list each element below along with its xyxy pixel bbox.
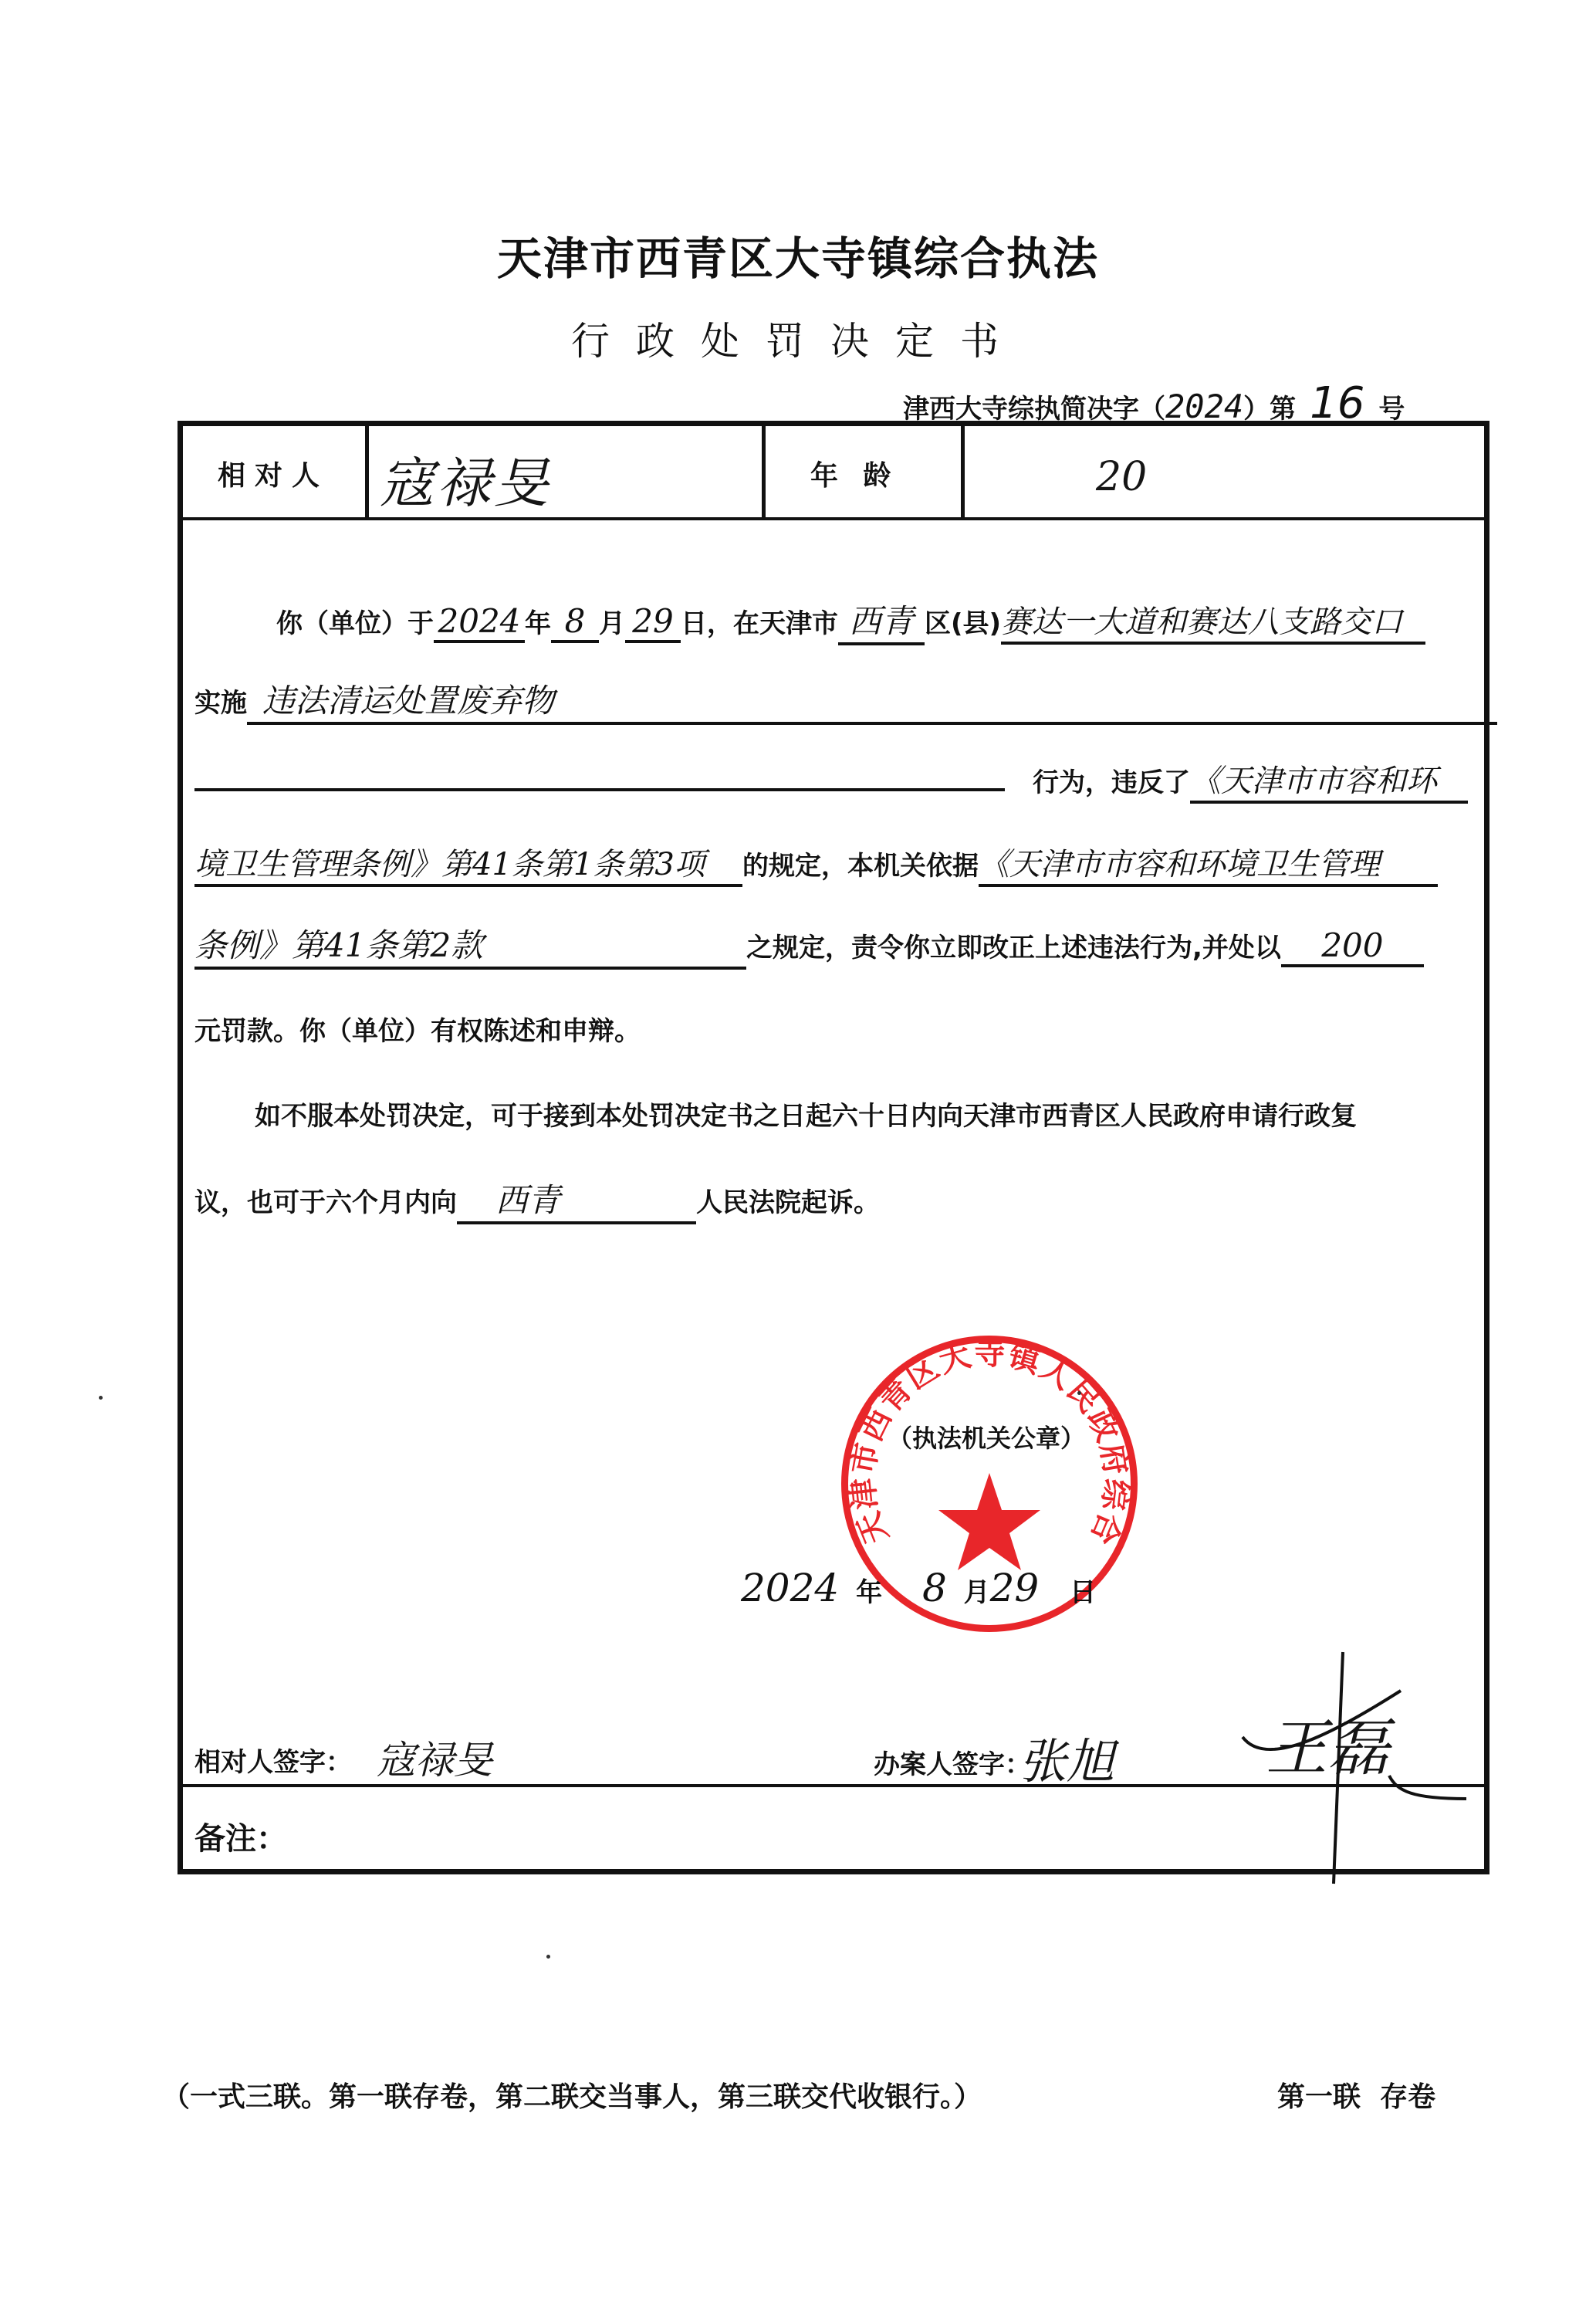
label-text: 议，也可于六个月内向	[194, 1187, 457, 1218]
appeal-notice: 如不服本处罚决定，可于接到本处罚决定书之日起六十日内向天津市西青区人民政府申请行…	[255, 1095, 1357, 1133]
column-divider	[961, 422, 965, 519]
scan-speck	[1077, 1391, 1081, 1395]
officer-signature-label: 办案人签字：	[874, 1743, 1031, 1781]
label-text: 人民法院起诉。	[696, 1187, 880, 1218]
label-text: 年	[856, 1577, 882, 1608]
legal-basis-field-cont: 条例》第41条第2款	[194, 920, 746, 970]
label-text: 的规定，本机关依据	[742, 851, 979, 882]
violation-month-field: 8	[551, 602, 599, 643]
party-signature: 寇禄旻	[377, 1729, 492, 1785]
party-label: 相对人	[218, 454, 329, 493]
copy-designation: 第一联 存卷	[1277, 2075, 1435, 2115]
location-field: 赛达一大道和赛达八支路交口	[1001, 598, 1425, 645]
label-text: 年	[525, 608, 551, 639]
officer-signature-1: 张旭	[1019, 1723, 1114, 1792]
label-text: 实施	[194, 688, 247, 719]
party-signature-label: 相对人签字：	[194, 1741, 352, 1779]
age-field: 20	[1096, 454, 1147, 500]
conduct-field: 违法清运处置废弃物	[247, 675, 1497, 725]
court-field: 西青	[457, 1175, 696, 1224]
label-text: 月	[964, 1577, 990, 1608]
signature-row-divider	[179, 1784, 1488, 1787]
label-text: 之规定，责令你立即改正上述违法行为,并处以	[746, 933, 1281, 963]
doc-number-year: 2024	[1165, 388, 1243, 425]
conduct-line: 实施违法清运处置废弃物	[194, 675, 1497, 725]
label-text: 你（单位）于	[276, 608, 434, 639]
seal-caption: （执法机关公章）	[888, 1419, 1085, 1454]
scan-speck	[546, 1955, 550, 1959]
penalty-line: 条例》第41条第2款之规定，责令你立即改正上述违法行为,并处以200	[194, 920, 1424, 970]
remarks-label: 备注：	[194, 1814, 287, 1858]
violated-regulation-field-cont: 境卫生管理条例》第41条第1条第3项	[194, 840, 742, 887]
document-type-title: 行政处罚决定书	[0, 310, 1596, 366]
column-divider	[762, 422, 766, 519]
party-name-field: 寇禄旻	[380, 440, 551, 518]
doc-number-prefix: 津西大寺综执简决字（	[903, 394, 1165, 425]
signature-strokes	[1235, 1644, 1489, 1891]
label-text: 区(县)	[925, 608, 1001, 639]
fine-statement: 元罚款。你（单位）有权陈述和申辩。	[194, 1010, 641, 1048]
legal-basis-field: 《天津市市容和环境卫生管理	[979, 840, 1438, 887]
decision-date: 2024 年 8 月29 日	[741, 1566, 1096, 1610]
district-field: 西青	[838, 596, 925, 645]
appeal-court-line: 议，也可于六个月内向西青人民法院起诉。	[194, 1175, 880, 1224]
scan-speck	[99, 1396, 103, 1400]
violated-regulation-field: 《天津市市容和环	[1190, 757, 1468, 804]
star-icon	[938, 1473, 1040, 1570]
doc-number-suffix: 号	[1378, 394, 1405, 425]
label-text: 日，在天津市	[681, 608, 838, 639]
date-day: 29	[990, 1566, 1040, 1610]
column-divider	[365, 422, 369, 519]
violation-date-location-line: 你（单位）于2024年8月29日，在天津市西青区(县)赛达一大道和赛达八支路交口	[276, 596, 1425, 645]
doc-number-mid: ）第	[1243, 394, 1296, 425]
regulation-basis-line: 境卫生管理条例》第41条第1条第3项的规定，本机关依据《天津市市容和环境卫生管理	[194, 840, 1438, 887]
violation-line: 行为，违反了《天津市市容和环	[194, 757, 1468, 804]
violation-day-field: 29	[625, 602, 681, 643]
fine-amount-field: 200	[1281, 926, 1424, 967]
date-month: 8	[922, 1566, 947, 1610]
date-year: 2024	[741, 1566, 839, 1610]
age-label: 年 龄	[810, 454, 899, 493]
copies-note: （一式三联。第一联存卷，第二联交当事人，第三联交代收银行。）	[162, 2075, 982, 2115]
label-text: 行为，违反了	[1033, 767, 1190, 798]
label-text: 月	[599, 608, 625, 639]
label-text: 日	[1070, 1577, 1096, 1608]
header-row-divider	[179, 517, 1488, 520]
conduct-continuation-field	[194, 757, 1005, 791]
violation-year-field: 2024	[434, 602, 525, 643]
document-issuer-title: 天津市西青区大寺镇综合执法	[0, 222, 1596, 287]
